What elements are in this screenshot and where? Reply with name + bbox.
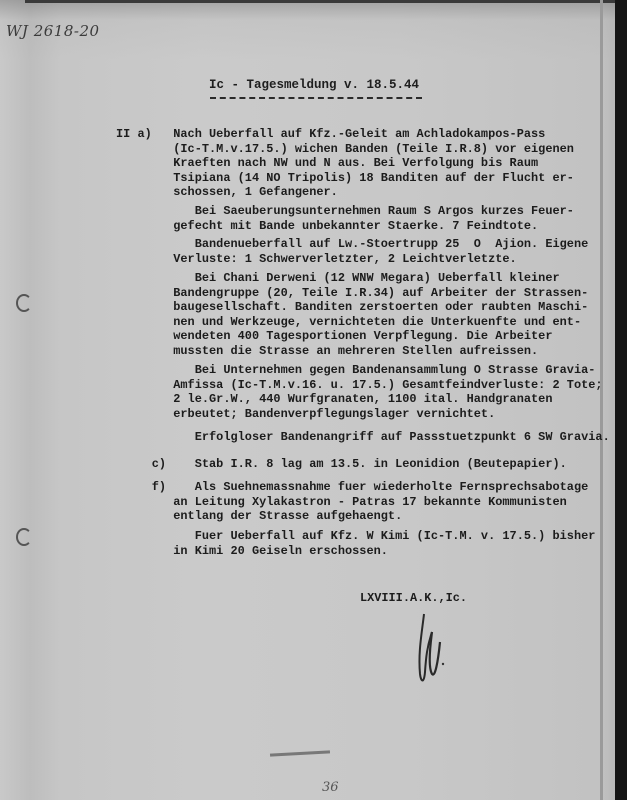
paragraph-stab-leonidion: c) Stab I.R. 8 lag am 13.5. in Leonidion… — [116, 457, 567, 472]
punch-hole-upper — [16, 294, 32, 312]
document-page: WJ 2618-20 Ic - Tagesmeldung v. 18.5.44 … — [0, 0, 615, 800]
paragraph-kimi-hostages: Fuer Ueberfall auf Kfz. W Kimi (Ic-T.M. … — [116, 529, 595, 558]
ink-smudge — [270, 750, 330, 756]
title-underline — [210, 97, 422, 99]
paragraph-achladokampos-ambush: II a) Nach Ueberfall auf Kfz.-Geleit am … — [116, 127, 574, 200]
scan-border — [615, 0, 627, 800]
paragraph-gravia-amfissa: Bei Unternehmen gegen Bandenansammlung O… — [116, 363, 603, 421]
paragraph-reprisal-xylokastron: f) Als Suehnemassnahme fuer wiederholte … — [116, 480, 588, 524]
paragraph-stoertrupp-ambush: Bandenueberfall auf Lw.-Stoertrupp 25 O … — [116, 237, 588, 266]
document-title: Ic - Tagesmeldung v. 18.5.44 — [209, 78, 419, 92]
paragraph-chani-derweni: Bei Chani Derweni (12 WNW Megara) Ueberf… — [116, 271, 588, 359]
handwritten-signature-icon — [410, 612, 450, 687]
page-number-handwritten: 36 — [322, 780, 339, 795]
paragraph-gravia-attack: Erfolgloser Bandenangriff auf Passstuetz… — [116, 430, 610, 445]
signature-block: LXVIII.A.K.,Ic. — [360, 591, 467, 605]
archive-number-handwritten: WJ 2618-20 — [6, 22, 100, 40]
punch-hole-lower — [16, 528, 32, 546]
paragraph-argos-clearing: Bei Saeuberungsunternehmen Raum S Argos … — [116, 204, 574, 233]
page-top-edge — [25, 0, 615, 3]
